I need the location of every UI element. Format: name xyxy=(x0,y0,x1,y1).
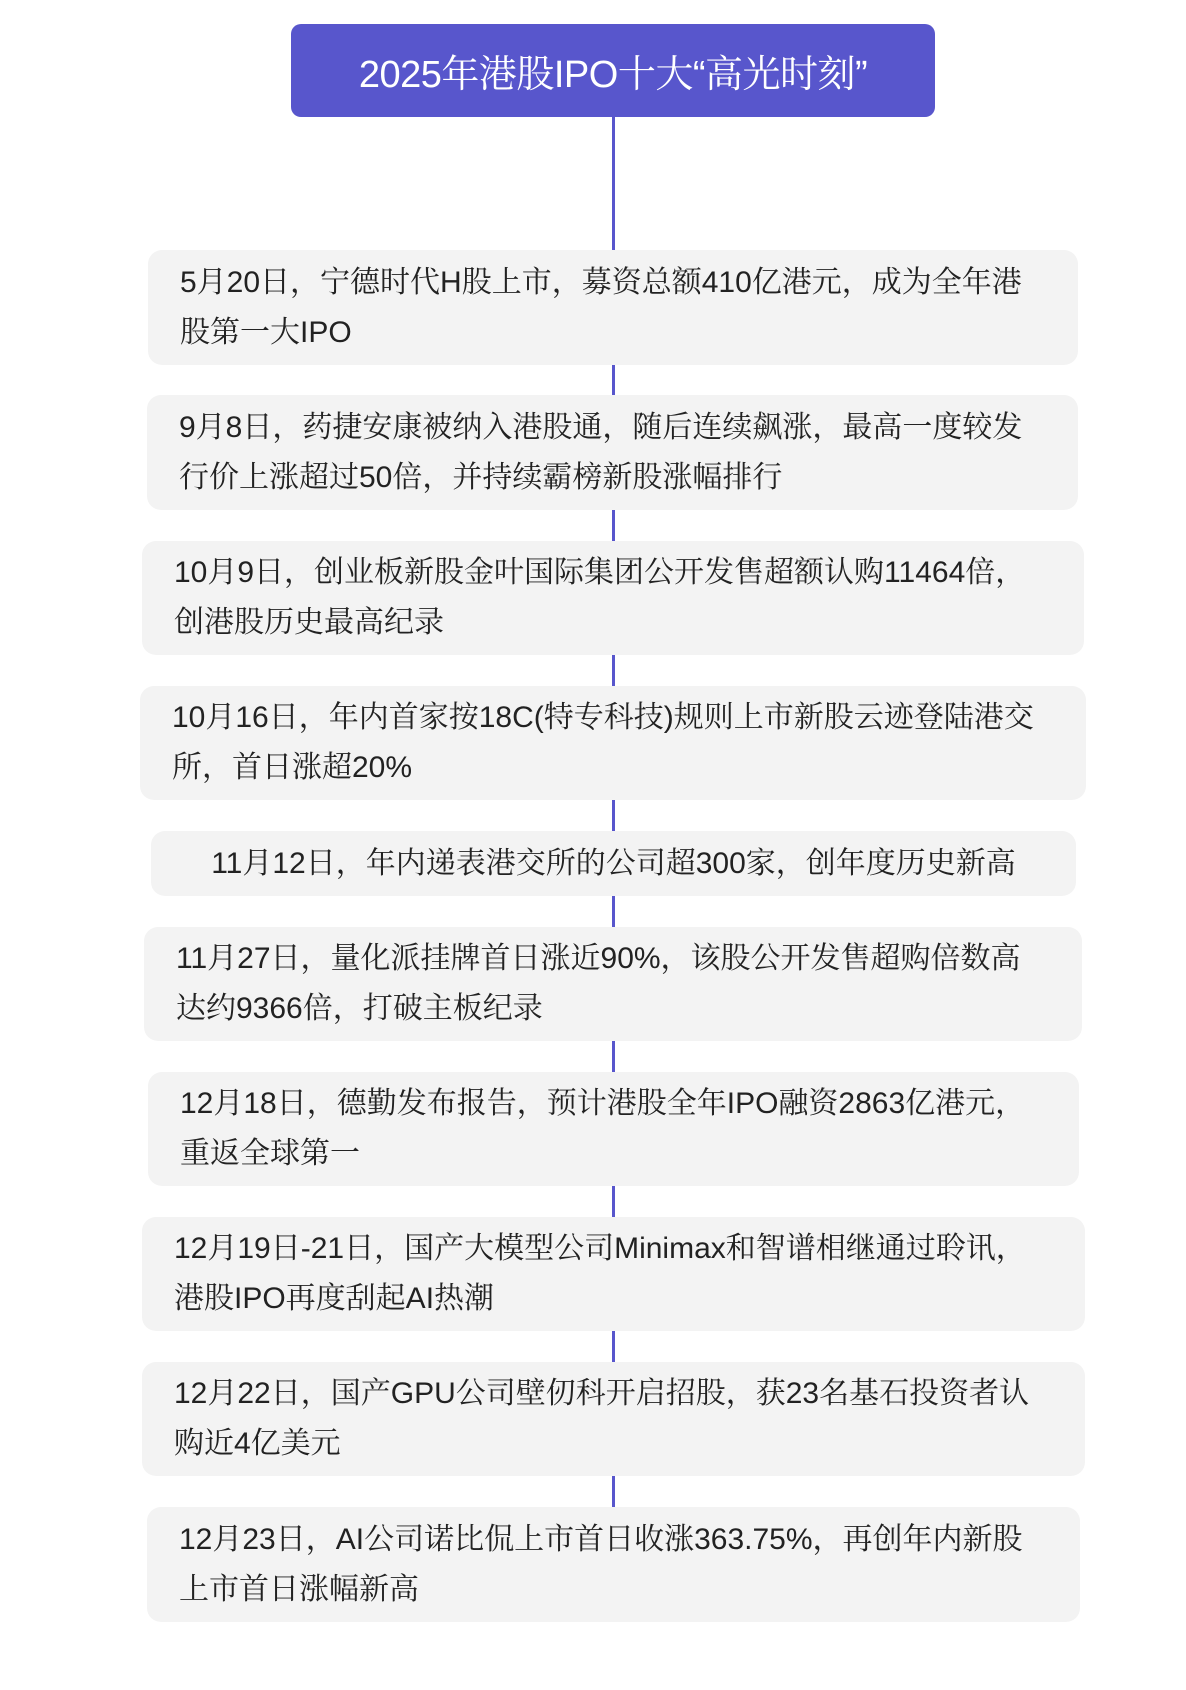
timeline-event-card: 12月18日，德勤发布报告，预计港股全年IPO融资2863亿港元，重返全球第一 xyxy=(148,1072,1079,1186)
timeline-connector xyxy=(612,117,615,250)
timeline-event-card: 12月22日，国产GPU公司壁仞科开启招股，获23名基石投资者认购近4亿美元 xyxy=(142,1362,1085,1476)
timeline-event-card: 12月23日，AI公司诺比侃上市首日收涨363.75%，再创年内新股上市首日涨幅… xyxy=(147,1507,1080,1622)
event-text: 5月20日，宁德时代H股上市，募资总额410亿港元，成为全年港股第一大IPO xyxy=(180,258,1046,358)
timeline-connector xyxy=(612,800,615,831)
timeline-event-card: 10月9日，创业板新股金叶国际集团公开发售超额认购11464倍，创港股历史最高纪… xyxy=(142,541,1084,655)
timeline-connector xyxy=(612,365,615,395)
event-text: 11月12日，年内递表港交所的公司超300家，创年度历史新高 xyxy=(211,839,1016,889)
title-text: 2025年港股IPO十大“高光时刻” xyxy=(359,43,867,98)
timeline-connector xyxy=(612,510,615,541)
timeline-connector xyxy=(612,1186,615,1217)
event-text: 11月27日，量化派挂牌首日涨近90%，该股公开发售超购倍数高达约9366倍，打… xyxy=(176,934,1050,1034)
timeline-connector xyxy=(612,1476,615,1507)
event-text: 10月16日，年内首家按18C(特专科技)规则上市新股云迹登陆港交所，首日涨超2… xyxy=(172,693,1054,793)
event-text: 9月8日，药捷安康被纳入港股通，随后连续飙涨，最高一度较发行价上涨超过50倍，并… xyxy=(179,403,1046,503)
timeline-event-card: 11月12日，年内递表港交所的公司超300家，创年度历史新高 xyxy=(151,831,1076,896)
timeline-event-card: 9月8日，药捷安康被纳入港股通，随后连续飙涨，最高一度较发行价上涨超过50倍，并… xyxy=(147,395,1078,510)
timeline-event-card: 11月27日，量化派挂牌首日涨近90%，该股公开发售超购倍数高达约9366倍，打… xyxy=(144,927,1082,1041)
timeline-event-card: 10月16日，年内首家按18C(特专科技)规则上市新股云迹登陆港交所，首日涨超2… xyxy=(140,686,1086,800)
timeline-event-card: 12月19日-21日，国产大模型公司Minimax和智谱相继通过聆讯，港股IPO… xyxy=(142,1217,1085,1331)
event-text: 10月9日，创业板新股金叶国际集团公开发售超额认购11464倍，创港股历史最高纪… xyxy=(174,548,1052,648)
event-text: 12月19日-21日，国产大模型公司Minimax和智谱相继通过聆讯，港股IPO… xyxy=(174,1224,1053,1324)
event-text: 12月23日，AI公司诺比侃上市首日收涨363.75%，再创年内新股上市首日涨幅… xyxy=(179,1515,1048,1615)
timeline-connector xyxy=(612,1331,615,1362)
timeline-connector xyxy=(612,655,615,686)
timeline-title: 2025年港股IPO十大“高光时刻” xyxy=(291,24,935,117)
timeline-connector xyxy=(612,1041,615,1072)
event-text: 12月18日，德勤发布报告，预计港股全年IPO融资2863亿港元，重返全球第一 xyxy=(180,1079,1047,1179)
event-text: 12月22日，国产GPU公司壁仞科开启招股，获23名基石投资者认购近4亿美元 xyxy=(174,1369,1053,1469)
timeline-connector xyxy=(612,896,615,927)
timeline-event-card: 5月20日，宁德时代H股上市，募资总额410亿港元，成为全年港股第一大IPO xyxy=(148,250,1078,365)
